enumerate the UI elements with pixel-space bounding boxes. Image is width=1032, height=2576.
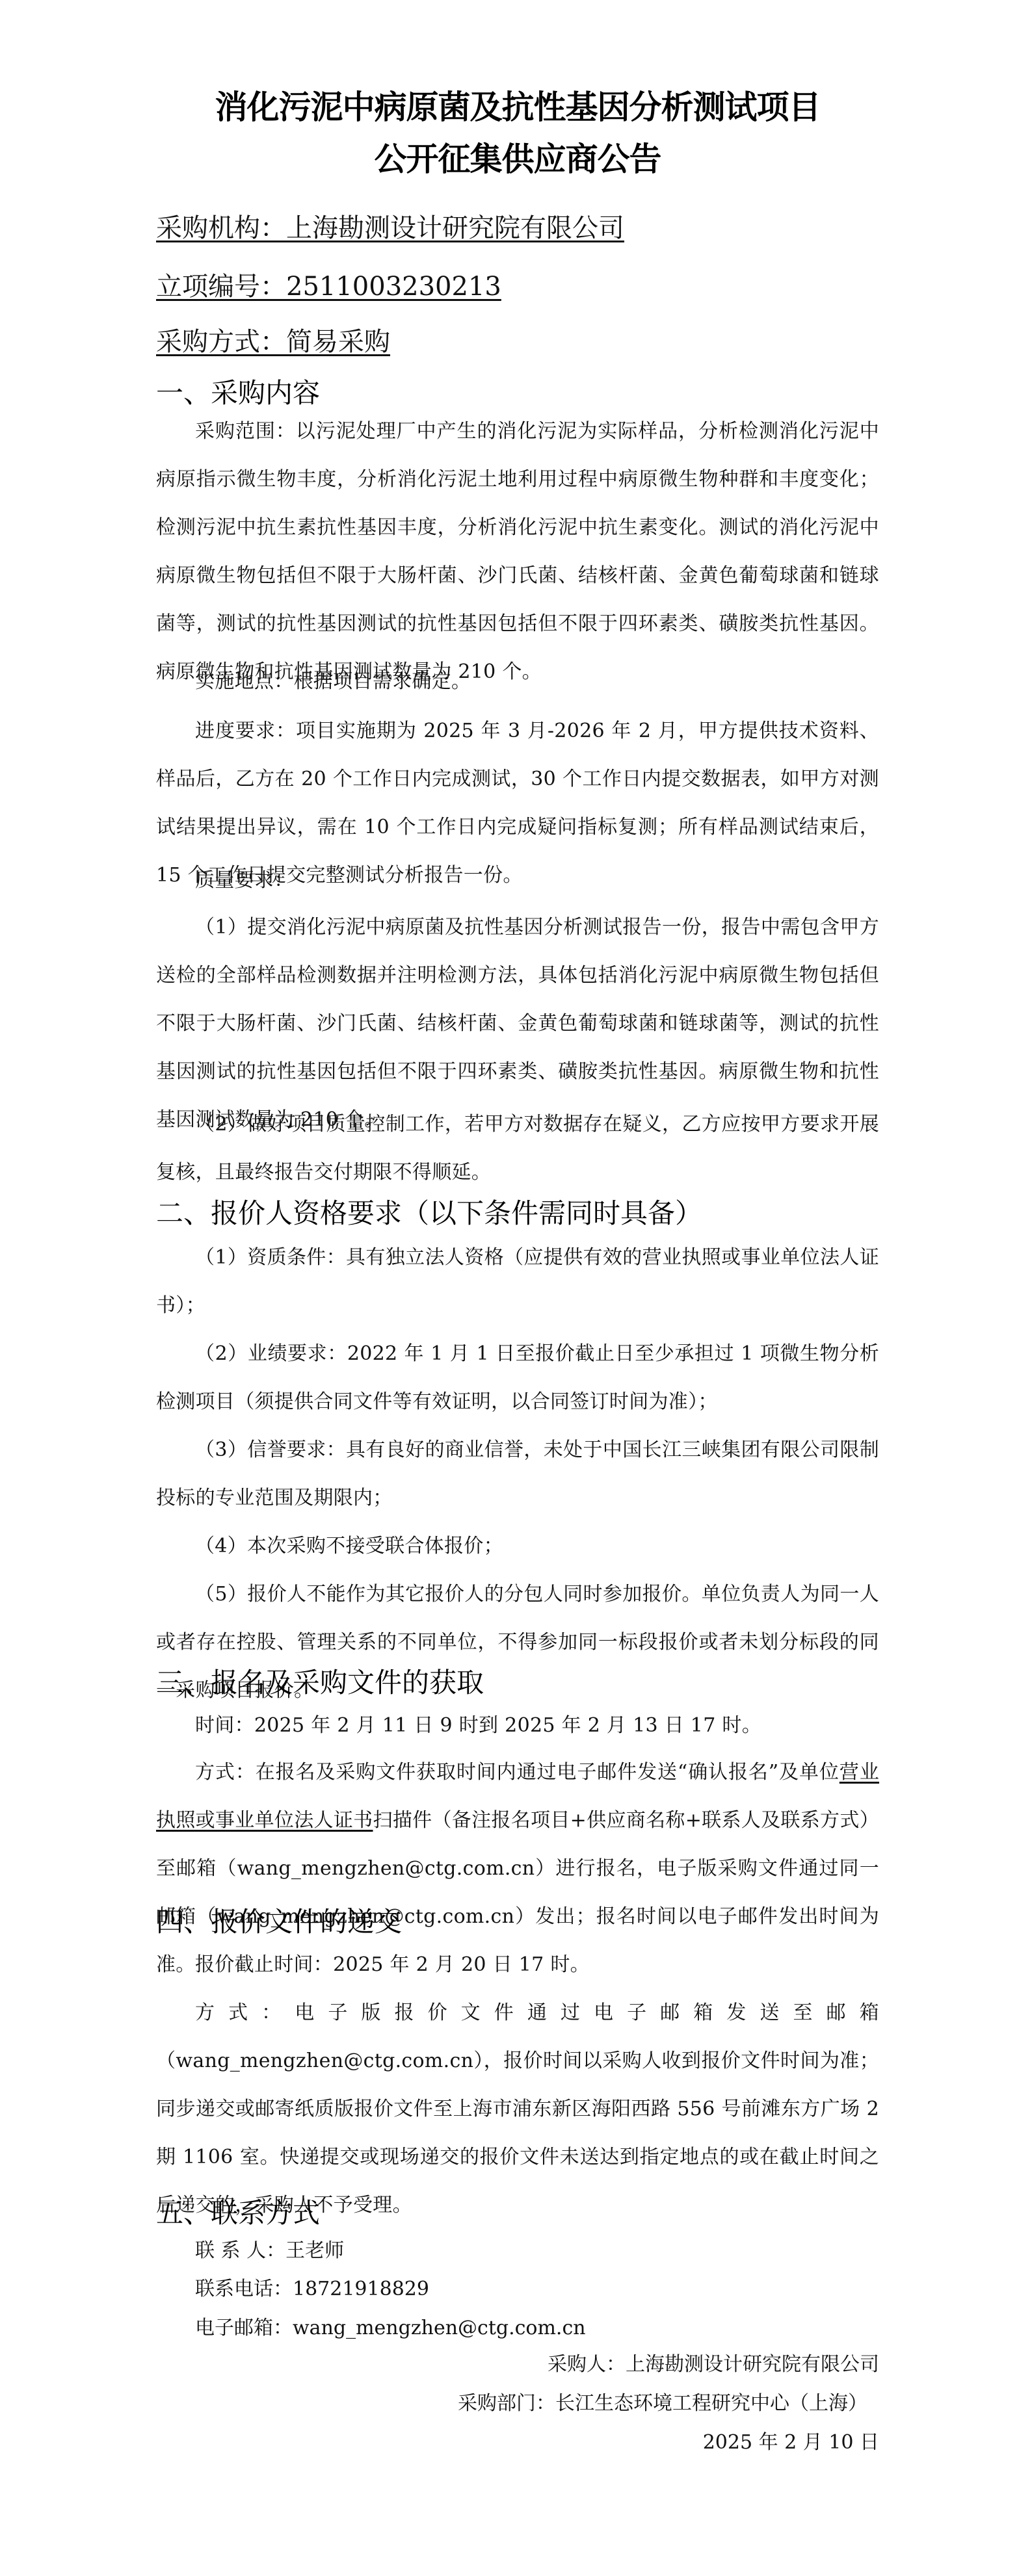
quote-deadline: 报价截止时间：2025 年 2 月 20 日 17 时。: [156, 1941, 879, 1989]
implementation-location: 实施地点：根据项目需求确定。: [156, 658, 879, 706]
qualification-item: （2）业绩要求：2022 年 1 月 1 日至报价截止日至少承担过 1 项微生物…: [156, 1330, 879, 1426]
contact-phone: 联系电话：18721918829: [195, 2276, 429, 2302]
qualification-item: （4）本次采购不接受联合体报价；: [156, 1522, 879, 1570]
purchasing-department: 采购部门：长江生态环境工程研究中心（上海）: [458, 2391, 867, 2417]
quote-submission-method-line1: 方式：电子版报价文件通过电子邮箱发送至邮箱: [156, 1989, 879, 2037]
registration-time: 时间：2025 年 2 月 11 日 9 时到 2025 年 2 月 13 日 …: [156, 1702, 879, 1750]
qualification-item: （1）资质条件：具有独立法人资格（应提供有效的营业执照或事业单位法人证书）；: [156, 1234, 879, 1330]
quality-requirement-2: （2）做好项目质量控制工作，若甲方对数据存在疑义，乙方应按甲方要求开展复核，且最…: [156, 1100, 879, 1197]
registration-method-text: 方式：在报名及采购文件获取时间内通过电子邮件发送“确认报名”及单位: [195, 1761, 840, 1784]
contact-person: 联 系 人：王老师: [195, 2238, 344, 2264]
project-number: 立项编号：2511003230213: [156, 270, 501, 304]
announcement-date: 2025 年 2 月 10 日: [703, 2430, 879, 2456]
section-5-heading: 五、联系方式: [156, 2196, 320, 2231]
section-3-heading: 三、报名及采购文件的获取: [156, 1665, 484, 1700]
section-1-heading: 一、采购内容: [156, 376, 320, 411]
procurement-scope: 采购范围：以污泥处理厂中产生的消化污泥为实际样品，分析检测消化污泥中病原指示微生…: [156, 408, 879, 696]
section-4-heading: 四、报价文件的递交: [156, 1905, 402, 1940]
procurement-method: 采购方式：简易采购: [156, 325, 390, 359]
contact-email: 电子邮箱：wang_mengzhen@ctg.com.cn: [195, 2315, 586, 2341]
quality-requirement-label: 质量要求：: [156, 857, 879, 905]
document-title-line2: 公开征集供应商公告: [156, 140, 879, 179]
qualification-item: （3）信誉要求：具有良好的商业信誉，未处于中国长江三峡集团有限公司限制投标的专业…: [156, 1426, 879, 1522]
section-2-heading: 二、报价人资格要求（以下条件需同时具备）: [156, 1196, 702, 1231]
procurement-agency: 采购机构：上海勘测设计研究院有限公司: [156, 211, 624, 245]
document-title-line1: 消化污泥中病原菌及抗性基因分析测试项目: [156, 88, 879, 127]
purchaser-signature: 采购人：上海勘测设计研究院有限公司: [548, 2352, 879, 2378]
